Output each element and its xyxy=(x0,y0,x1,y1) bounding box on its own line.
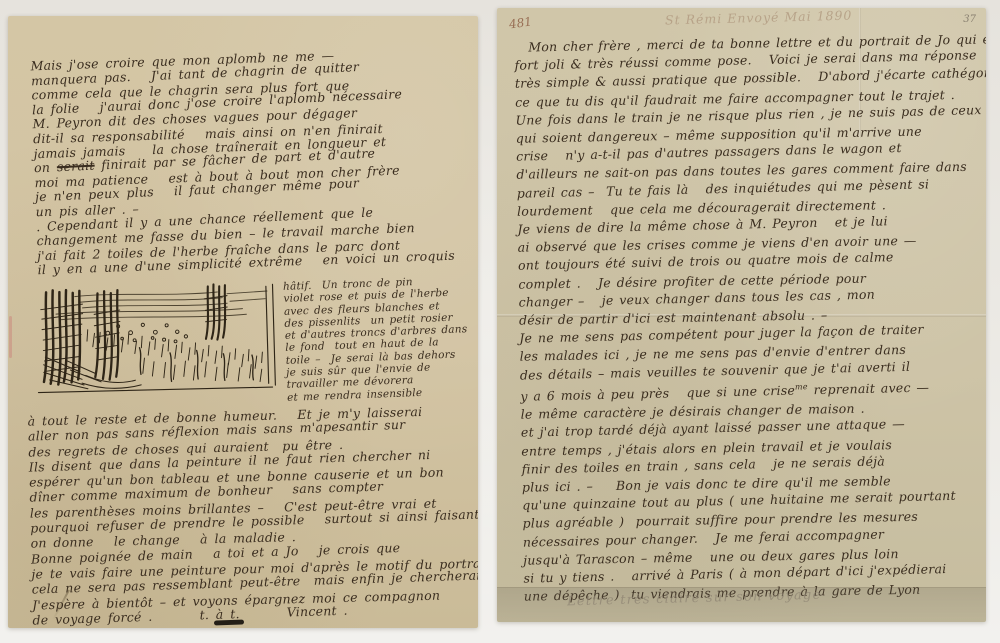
text-before-sup: y a 6 mois à peu près que si une crise xyxy=(520,382,795,403)
text-before-strike: on xyxy=(34,159,57,175)
sketch-row: hâtif. Un tronc de pinviolet rose et pui… xyxy=(27,274,469,407)
superscript-insertion: me xyxy=(795,382,808,391)
letter-scan: Mais j'ose croire que mon aplomb ne me —… xyxy=(0,0,1000,643)
page-number: 37 xyxy=(963,14,976,25)
struck-word: serait xyxy=(57,158,95,175)
archive-number: 481 xyxy=(508,14,533,31)
letter-sheet-right: 481 St Rémi Envoyé Mai 1890 37 Mon cher … xyxy=(497,8,986,622)
date-annotation: St Rémi Envoyé Mai 1890 xyxy=(665,8,853,27)
paragraph-block: Mais j'ose croire que mon aplomb ne me —… xyxy=(30,45,451,162)
paragraph-block: le même caractère je désirais changer de… xyxy=(520,397,986,607)
text-after-sup: reprenait avec — xyxy=(808,379,930,397)
pink-edge-mark xyxy=(9,316,12,358)
paragraph-block: moi ma patience est à bout à bout mon ch… xyxy=(34,161,455,278)
right-page-body: Mon cher frère , merci de ta bonne lettr… xyxy=(514,29,986,606)
letter-sheet-left: Mais j'ose croire que mon aplomb ne me —… xyxy=(8,16,478,628)
left-page-bottom-paragraphs: à tout le reste et de bonne humeur. Et j… xyxy=(27,402,478,627)
ink-smudge xyxy=(214,619,244,625)
left-page-top-paragraphs: Mais j'ose croire que mon aplomb ne me —… xyxy=(30,45,455,278)
curator-pencil-note: Lettre très claire sur son voyage xyxy=(567,588,822,610)
ink-sketch-tree-trunks-in-grass xyxy=(27,277,279,404)
sketch-margin-note: hâtif. Un tronc de pinviolet rose et pui… xyxy=(283,272,470,404)
paragraph-block: ce que tu dis qu'il faudrait me faire ac… xyxy=(515,84,986,385)
